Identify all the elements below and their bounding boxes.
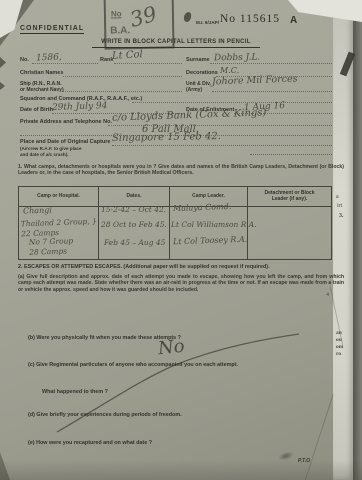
question-1-text: 1. What camps, detachments or hospitals … bbox=[18, 164, 344, 176]
table-row-leader: Malaya Comd. bbox=[173, 202, 232, 213]
field-label-capture: Place and Date of Original Capture bbox=[20, 139, 110, 145]
field-line bbox=[212, 90, 332, 92]
field-label-unit: Unit & Div. (Army) bbox=[186, 81, 211, 93]
answer-no-handwritten: No bbox=[157, 336, 186, 360]
block-stamp-line2: No bbox=[111, 9, 122, 18]
page-edge-text-fragment: irt bbox=[337, 203, 342, 209]
table-header-camp: Camp or Hospital. bbox=[19, 193, 98, 199]
field-label-surname: Surname bbox=[186, 57, 210, 63]
field-label-no: No. bbox=[20, 57, 29, 63]
table-row-leader: Lt Col Toosey R.A. bbox=[173, 235, 248, 247]
field-line bbox=[62, 90, 182, 92]
value-capture: Singapore 15 Feb 42. bbox=[112, 131, 221, 144]
confidential-stamp: CONFIDENTIAL bbox=[20, 25, 84, 34]
table-row-camp: Changi bbox=[23, 205, 52, 215]
question-2c-text: (c) Give Regimental particulars of anyon… bbox=[28, 362, 238, 368]
torn-corner-top-right bbox=[288, 0, 362, 22]
field-line bbox=[63, 75, 182, 77]
form-heading: WRITE IN BLOCK CAPITAL LETTERS IN PENCIL bbox=[92, 39, 260, 48]
table-header-block-leader: Detachment or Block Leader (if any). bbox=[248, 191, 331, 203]
field-label-dob: Date of Birth bbox=[20, 107, 53, 113]
page-edge-text-fragment: a bbox=[336, 194, 339, 200]
page-edge-text-fragment: an ou om ro bbox=[336, 330, 343, 358]
table-row-dates: 15-2-42 – Oct 42. bbox=[101, 205, 166, 214]
field-label-ship: Ship (R.N., R.A.N. or Merchant Navy) bbox=[20, 81, 64, 93]
field-line bbox=[250, 153, 332, 155]
smudge-mark bbox=[277, 450, 295, 463]
section-2-title: 2. ESCAPES OR ATTEMPTED ESCAPES. (Additi… bbox=[18, 264, 270, 270]
question-2d-text: (d) Give briefly your experiences during… bbox=[28, 412, 182, 418]
table-row-dates: Feb 45 – Aug 45 bbox=[104, 238, 165, 247]
left-edge-nick-1 bbox=[0, 57, 6, 68]
value-rank: Lt Col bbox=[112, 49, 143, 62]
table-header-dates: Dates. bbox=[99, 193, 169, 199]
ink-blob bbox=[183, 12, 191, 23]
value-dob: 29th July 94 bbox=[52, 101, 108, 113]
value-surname: Dobbs J.L. bbox=[214, 53, 260, 64]
field-label-address: Private Address and Telephone No. bbox=[20, 119, 112, 125]
question-2a-text: (a) Give full description and approx. da… bbox=[18, 274, 344, 293]
value-address-line1: c/o Lloyds Bank (Cox & Kings) bbox=[112, 107, 267, 123]
question-2e-text: (e) How were you recaptured and on what … bbox=[28, 440, 152, 446]
scanned-pow-questionnaire-page: a irt 3. 4 an ou om ro CONFIDENTIAL BLOC… bbox=[0, 0, 362, 480]
field-line bbox=[132, 101, 332, 103]
field-line bbox=[112, 144, 332, 146]
camps-table: Camp or Hospital. Dates. Camp Leader. De… bbox=[18, 186, 332, 260]
serial-number: No 115615 bbox=[220, 13, 280, 25]
serial-suffix: A bbox=[290, 15, 297, 26]
left-edge-nick-2 bbox=[0, 82, 5, 90]
table-header-leader: Camp Leader. bbox=[170, 193, 247, 199]
field-label-decorations: Decorations bbox=[186, 70, 218, 76]
scan-background-right bbox=[353, 0, 362, 480]
table-row-dates: 28 Oct to Feb 45. bbox=[101, 220, 167, 229]
bottom-left-shadow bbox=[0, 452, 10, 480]
block-stamp-line3: B.A. bbox=[110, 25, 130, 36]
pto-label: P.T.O bbox=[298, 458, 310, 464]
mi9-reference: M.I. 9/JAP/ bbox=[196, 20, 219, 25]
table-row-camp: No 7 Group 28 Camps bbox=[29, 236, 74, 258]
value-unit: Johore Mil Forces bbox=[212, 74, 298, 88]
page-edge-text-fragment: 3. bbox=[339, 213, 344, 219]
table-row-leader: Lt Col Williamson R.A. bbox=[171, 220, 257, 229]
value-decorations: M.C. bbox=[220, 66, 239, 75]
value-no: 1586, bbox=[36, 53, 62, 64]
block-number-handwritten: 39 bbox=[127, 2, 159, 32]
field-label-capture-note: (Aircrew R.A.F. to give place and date o… bbox=[20, 146, 82, 157]
question-2c2-text: What happened to them ? bbox=[42, 389, 108, 395]
field-label-christian-names: Christian Names bbox=[20, 70, 63, 76]
field-line bbox=[114, 62, 182, 64]
